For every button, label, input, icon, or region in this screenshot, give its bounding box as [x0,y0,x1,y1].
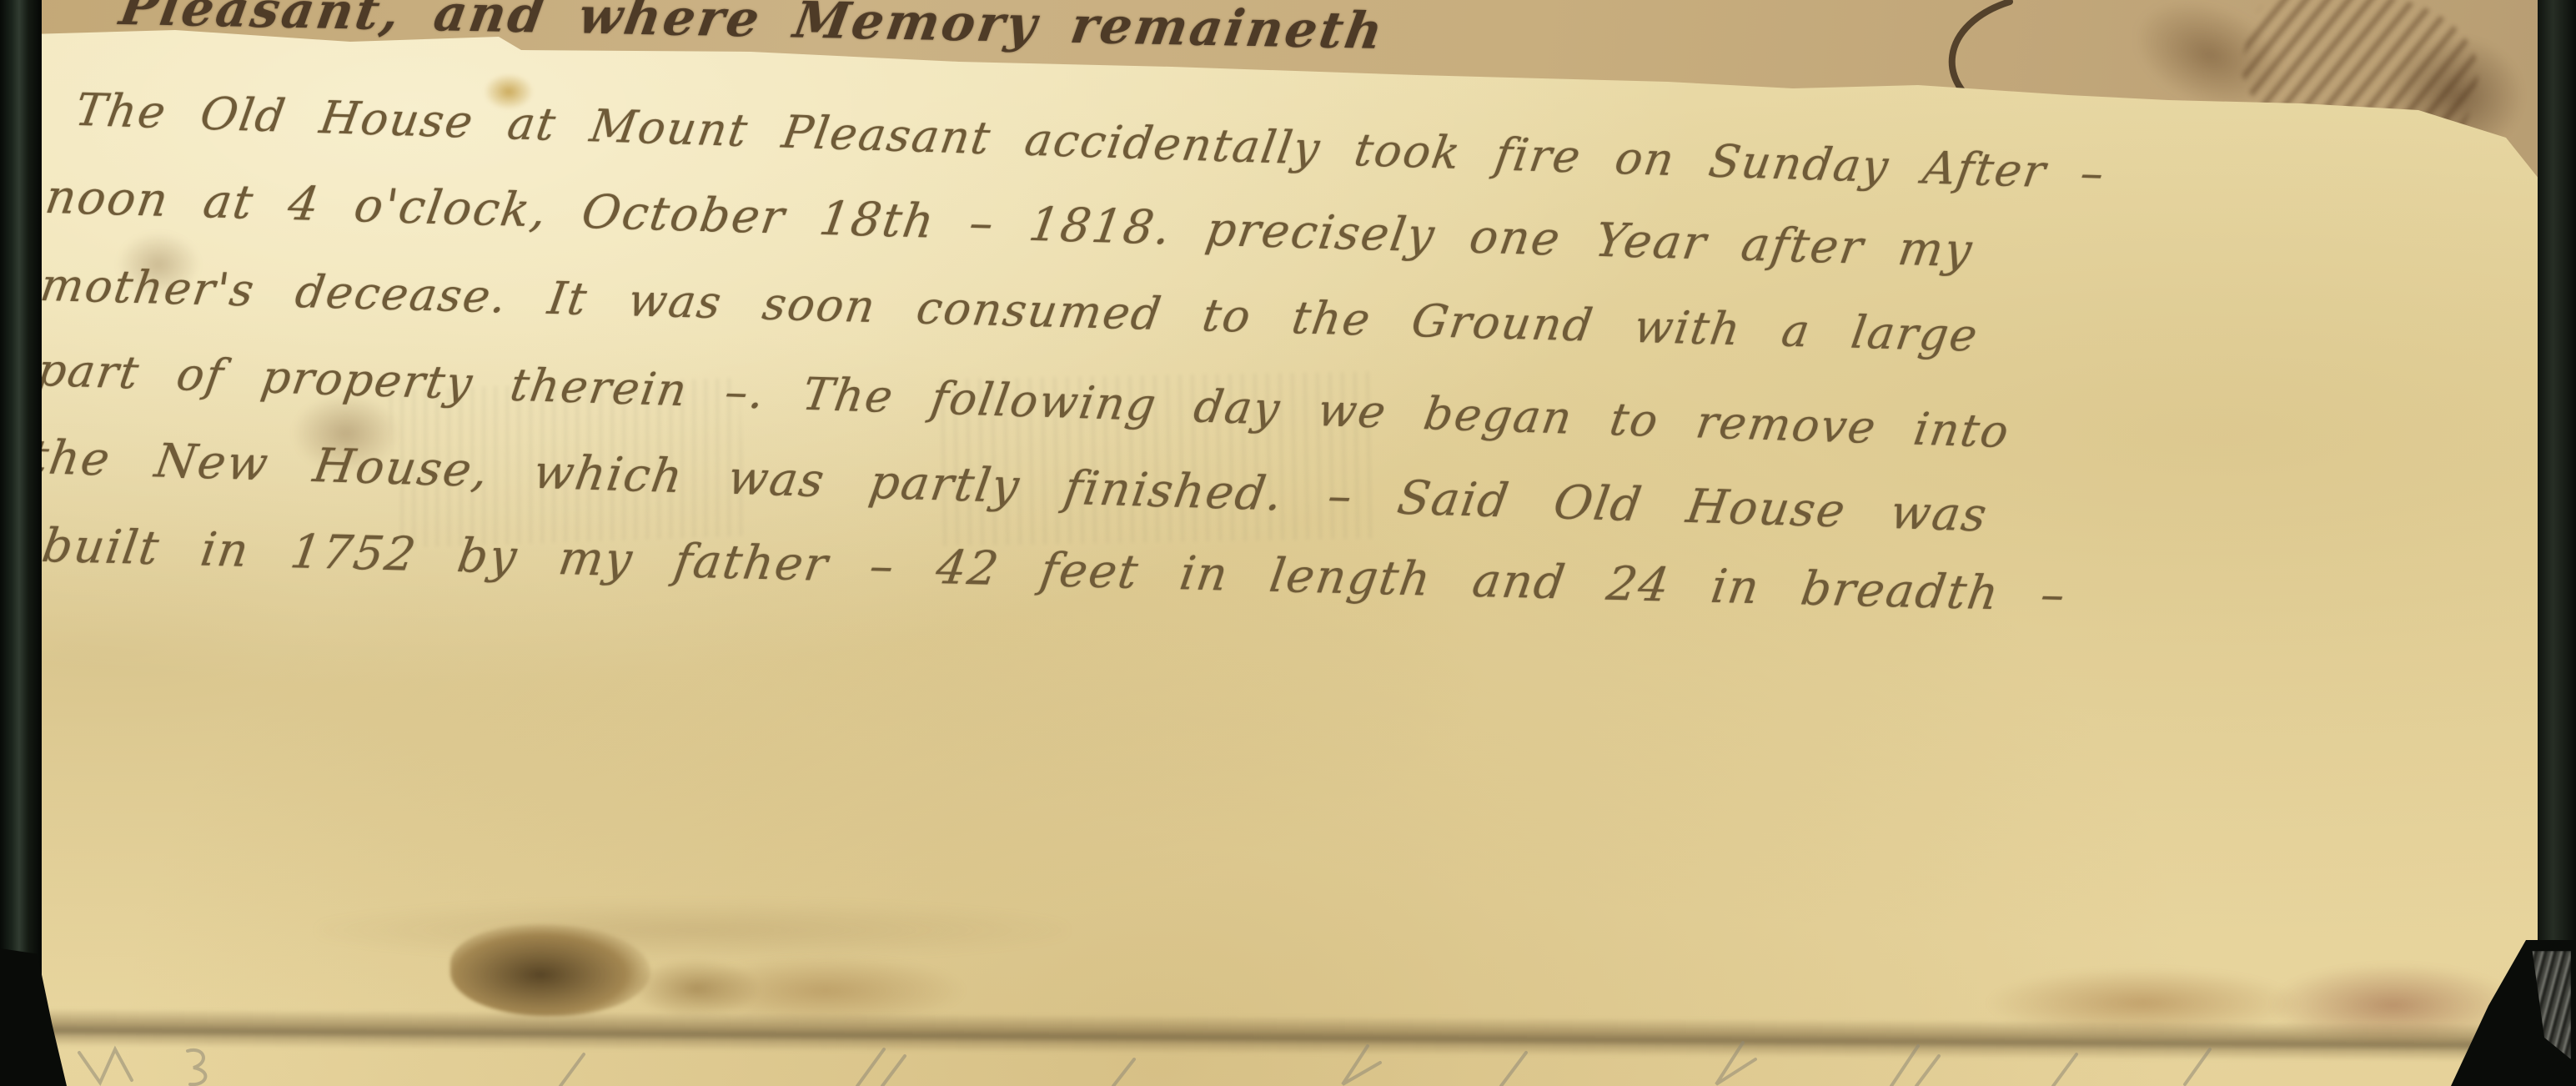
paper-stain [634,959,759,1018]
book-binding-right [2538,0,2576,1086]
paper-stain [292,394,400,473]
manuscript-photo: Pleasant, and where Memory remaineth The… [0,0,2576,1086]
book-binding-left [0,0,42,1086]
manuscript-page: The Old House at Mount Pleasant accident… [0,0,2576,1086]
next-page-writing-marks [0,1034,2576,1086]
paper-stain [317,901,1067,959]
ink-blot-stain [450,924,650,1016]
paper-stain [484,73,534,110]
handwriting-line-3: mother's decease. It was soon consumed t… [38,259,1982,362]
paper-stain [117,232,200,297]
